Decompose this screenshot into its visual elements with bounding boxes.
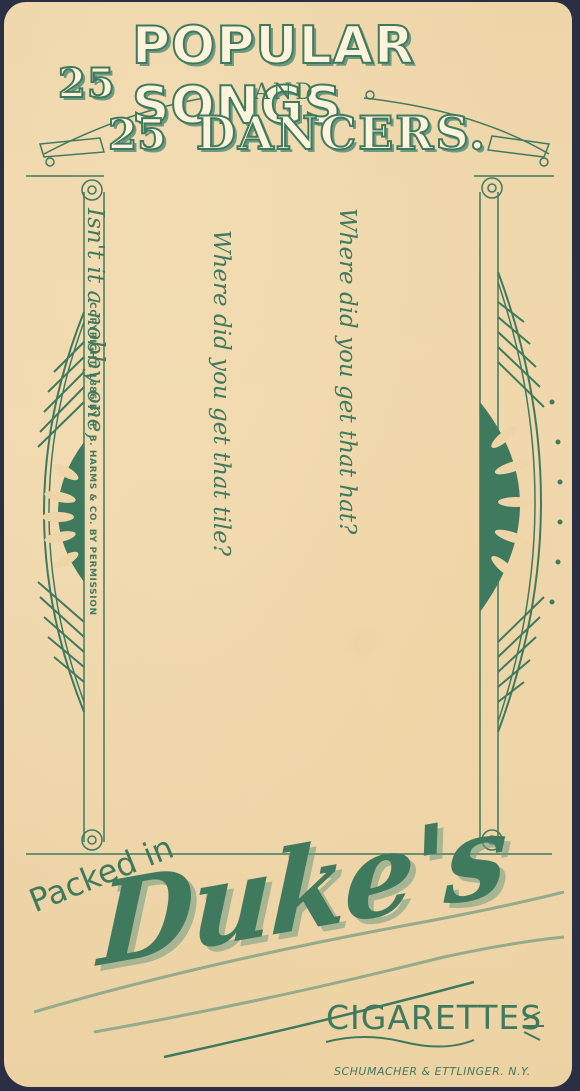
right-fan-ornament <box>464 172 572 862</box>
printer-credit: SCHUMACHER & ETTLINGER. N.Y. <box>334 1065 531 1078</box>
lyric-line: Isn't it a nobby one, <box>74 208 116 624</box>
lyric-line: Where did you get that hat? <box>326 208 368 624</box>
product-label: CIGARETTES <box>326 998 542 1037</box>
lyric-line: Where did you get that tile? <box>200 208 242 624</box>
song-lyrics: Where did you get that hat? Where did yo… <box>4 208 452 624</box>
trading-card-back: 25 POPULAR SONGS AND 25 DANCERS. <box>4 2 572 1087</box>
